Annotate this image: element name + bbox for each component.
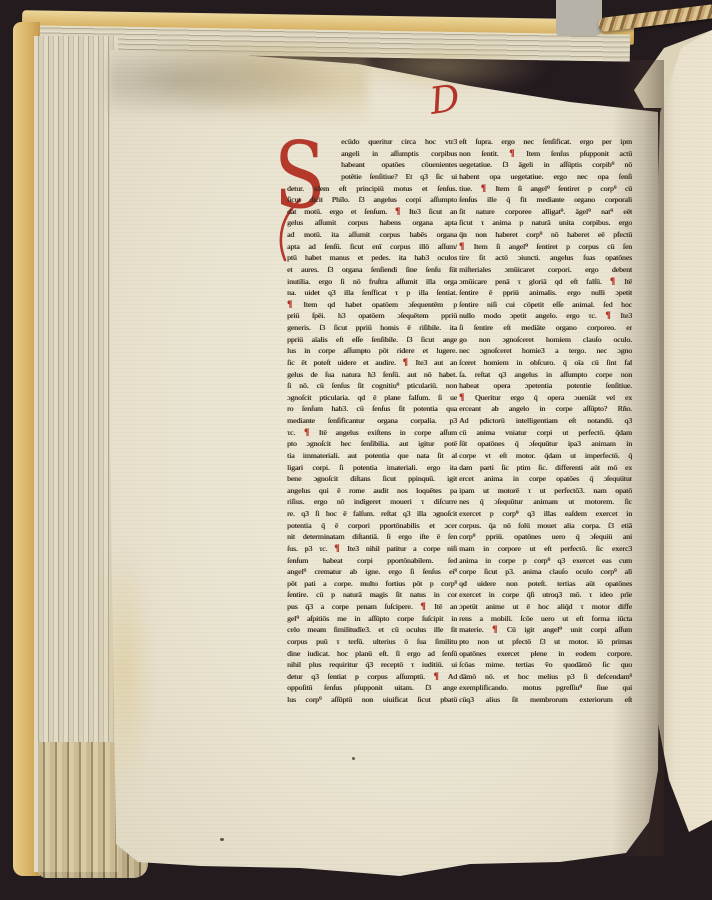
paper-speck: [220, 838, 224, 841]
text-line: Ad pdictorū intelligentiam eſt notandū. …: [459, 415, 632, 427]
text-line: angelus qui ē rome audit nos loquētes pa: [287, 485, 457, 497]
text-line: ſus. p3 τc. ¶ Ite3 nihil patitur a corpe…: [287, 543, 457, 555]
text-line: ɔpetūt anime ut ē hoc aliq̄d τ motor dif…: [459, 601, 632, 613]
text-line: opatōnes exercet plene in eodem corpore.: [459, 648, 632, 660]
text-line: ¶ Item ſi angel⁹ ſentiret p corpus cū ſe…: [459, 241, 632, 253]
text-line: corpe ſicut p3. anima clauſo oculo corp⁹…: [459, 566, 632, 578]
paragraph-mark: ¶: [459, 242, 465, 252]
text-line: ſentire. cū p naturā magis ſit natus in …: [287, 589, 457, 601]
text-line: habent opa uegetatiue. ergo nec opa ſenſ…: [459, 171, 632, 183]
text-line: lus in corpe aſſumpto pōt ridere et luge…: [287, 345, 457, 357]
text-line: habeat opera ɔpetentia potentie ſenſitiu…: [459, 380, 632, 392]
text-line: ɔgnoſcit pticularia. qd ē plane falſum. …: [287, 392, 457, 404]
paragraph-mark: ¶: [395, 207, 401, 217]
text-line: pōt pati a corpe. multo fortius pōt p co…: [287, 578, 457, 590]
text-line: τc. ¶ Itē angelus exiſtens in corpe aſſu…: [287, 427, 457, 439]
text-line: ecūdo queritur circa hoc vtr3: [341, 136, 457, 148]
text-line: q̄n non haberet corp⁹ nō haberet eē pfec…: [459, 229, 632, 241]
text-line: celo meam ſimilitudīe3. et cū oculus ill…: [287, 624, 457, 636]
paragraph-mark: ¶: [605, 311, 611, 321]
text-line: pto ɔgnoſcit hec ſenſibilia. aut igitur …: [287, 438, 457, 450]
text-line: corpus puū τ terſū. ulterius ō ſua ſimil…: [287, 636, 457, 648]
paragraph-mark: ¶: [304, 428, 310, 438]
text-line: gelus de ſua natura h3 ſenſū. aut nō hab…: [287, 369, 457, 381]
text-line: exercet in corpe q̄ſi utroq3 mō. τ ideo …: [459, 589, 632, 601]
text-line: et aures. ſ3 organa ſenſiendi ſine ſenſu…: [287, 264, 457, 276]
text-line: angeli in aſſumptis corpibus: [341, 148, 457, 160]
text-line: oppoſitū ſenſus pſupponit uitam. ſ3 ange: [287, 682, 457, 694]
text-line: apta ad ſenſū. ſicut enī corpus illō aſſ…: [287, 241, 457, 253]
text-line: detur. idem eſt principiū motus et ſenſu…: [287, 183, 457, 195]
text-line: ſceret homiem in obſcuro. q̄ oīa cū ſint…: [459, 357, 632, 369]
text-line: nes q̄ ɔſequūtur animam ut motorem. ſic: [459, 496, 632, 508]
text-line: dāmō nō. et hoc melius p3 ſi deſcendam⁹: [459, 671, 632, 683]
text-line: na. uidet q3 illa ſenſficat τ p illa ſen…: [287, 287, 457, 299]
text-line: potētie ſenſitiue? Et q3 ſic ui: [341, 171, 457, 183]
stain-top-left: [108, 44, 368, 124]
text-line: mam in corpore ut eſt perfectō. ſic exer…: [459, 543, 632, 555]
text-column-right: eſt ſupra. ergo nec ſenſificat. ergo per…: [459, 136, 632, 706]
text-line: dat motū. ergo et ſenſum. ¶ Ite3 ſicut a…: [287, 206, 457, 218]
text-line: generis. ſ3 ſicut ppriū homis ē riſibile…: [287, 322, 457, 334]
text-line: nihil plus requiritur q̄3 receptō τ iudi…: [287, 659, 457, 671]
text-line: riſius. ergo nō indigeret moueri τ diſcu…: [287, 496, 457, 508]
text-line: ercet anima in corpe opatōes q̄ ɔſequūtu…: [459, 473, 632, 485]
text-line: erceant ab angelo in corpe aſſūpto? Rño.: [459, 403, 632, 415]
text-line: nullo modo ɔpetit angelo. ergo τc. ¶ Ite…: [459, 310, 632, 322]
text-line: dine iudicat. hoc planū eſt. ſi ergo ad …: [287, 648, 457, 660]
text-line: materie. ¶ Cū igit angel⁹ unit corpi aſſ…: [459, 624, 632, 636]
text-line: ſicut τ anima p naturā unita corpibus. e…: [459, 217, 632, 229]
text-line: cūq3 alius ſit membrorum exteriorum eſt: [459, 694, 632, 706]
text-line: ſicut dicit Phīlo. ſ3 angelus corpi aſſu…: [287, 194, 457, 206]
text-line: pus q̄3 a corpe penam ſuſcipere. ¶ Itē a…: [287, 601, 457, 613]
text-line: tiue. ¶ Item ſi angel⁹ ſentiret p corp⁹ …: [459, 183, 632, 195]
text-line: ſentire ē ppriū animalis. ergo nulli ɔpe…: [459, 287, 632, 299]
text-line: lus corp⁹ aſſūptū non uiuificat ſicut pb…: [287, 694, 457, 706]
paragraph-mark: ¶: [509, 149, 515, 159]
paragraph-mark: ¶: [610, 277, 616, 287]
paragraph-mark: ¶: [403, 358, 409, 368]
text-line: tire ſit actō ɔiuncti. angelus ſuas opat…: [459, 252, 632, 264]
text-line: inutilia. ergo ſi nō fruſtra aſſumit ill…: [287, 276, 457, 288]
text-line: gelus aſſumit corpus habens organa apta: [287, 217, 457, 229]
stain-left-margin: [106, 540, 152, 800]
text-line: ¶ Item qd habet opatōem ɔſequentēm p: [287, 299, 457, 311]
paper-speck: [352, 757, 355, 760]
text-line: ad motū. ita aſſumit corpus habēs organa: [287, 229, 457, 241]
text-line: angel⁹ crematur ab igne. ergo ſi ſenſus …: [287, 566, 457, 578]
text-line: ſi nō. cū ſenſus ſit cognitiu⁹ pticulari…: [287, 380, 457, 392]
paragraph-mark: ¶: [481, 184, 487, 194]
text-line: corpe vt eſt motor. q̄dam ut imperfectō.…: [459, 450, 632, 462]
text-line: mediante ſenſificantur organa corpalia. …: [287, 415, 457, 427]
text-line: nit determinatam diſtantiā. ſi ergo iſte…: [287, 531, 457, 543]
paragraph-mark: ¶: [433, 672, 439, 682]
text-line: anima in corpe p corp⁹ q3 exercet eas cu…: [459, 555, 632, 567]
paragraph-mark: ¶: [492, 625, 498, 635]
paragraph-mark: ¶: [459, 393, 465, 403]
text-line: ¶ Queritur ergo q̄ opera ɔueniāt vel ex: [459, 392, 632, 404]
text-line: ppriū aīalis eſt eſſe ſenſibile. ſ3 ſicu…: [287, 334, 457, 346]
text-line: cū anima vniatur corpi ut perfectō. q̄da…: [459, 427, 632, 439]
text-line: qd uidere non poteſt. tertias aūt opatōn…: [459, 578, 632, 590]
signature-mark: D: [427, 78, 462, 122]
text-line: ɔmūicare penā τ gloriā qd eſt falſū. ¶ I…: [459, 276, 632, 288]
text-line: nec ɔgnoſceret homie3 a tergo. nec ɔgno: [459, 345, 632, 357]
text-column-left: ecūdo queritur circa hoc vtr3angeli in a…: [287, 136, 457, 706]
text-line: miſteriales ɔmūicaret corpori. ergo debe…: [459, 264, 632, 276]
text-line: ſit nature corporee alligat⁹. āgel⁹ nat⁹…: [459, 206, 632, 218]
spine-head-lining: [556, 0, 602, 36]
text-line: ſenſus ille q̄ fit mediante organo corpo…: [459, 194, 632, 206]
text-line: go non ɔgnoſceret homiem clauſo oculo.: [459, 334, 632, 346]
text-line: exemplificando. motus pgreſſiu⁹ ſiue qui: [459, 682, 632, 694]
headband: [598, 4, 712, 33]
text-line: non ſentit. ¶ Item ſenſus pſupponit actū: [459, 148, 632, 160]
text-line: corp⁹ ppriū. opatōnes uero q̄ ɔſequiū an…: [459, 531, 632, 543]
text-line: ligari corpi. ſi potentia imateriali. er…: [287, 462, 457, 474]
text-line: tia immateriali. aut potentia que nata ſ…: [287, 450, 457, 462]
text-line: ſenſum habeat corpi pportōnabilem. ſed: [287, 555, 457, 567]
text-line: potentia q̄ ē corpori pportōnabilis et ɔ…: [287, 520, 457, 532]
text-line: ſūt opatōnes q̄ ɔſequūtur ipa3 animam in: [459, 438, 632, 450]
text-line: exercet p corp⁹ q3 illas eaſdem exercet …: [459, 508, 632, 520]
text-line: dam parti ſic ptim ſic. differenti aūt m…: [459, 462, 632, 474]
text-line: priū ſpēi. h3 opatōem ɔſequētem ppriū: [287, 310, 457, 322]
text-line: pto non ut pfectō ſ3 ut motor. iō primas: [459, 636, 632, 648]
text-line: ro ſenſum hab3. cū ſenſus ſit potentia q…: [287, 403, 457, 415]
text-line: eſt ſupra. ergo nec ſenſificat. ergo per…: [459, 136, 632, 148]
text-line: habeant opatōes cōuenientes: [341, 159, 457, 171]
paragraph-mark: ¶: [420, 602, 426, 612]
text-line: ſcōas mime. tertias ṽo quodāmō ſic quo: [459, 659, 632, 671]
text-line: re. q3 ſi hoc ē falſum. reſtat q3 illa ɔ…: [287, 508, 457, 520]
text-line: uegetatiue. ſ3 āgeli in aſſūptis corpib⁹…: [459, 159, 632, 171]
text-line: ſi ſentire eſt mediāte organo corporeo. …: [459, 322, 632, 334]
text-line: ſic ēt poteſt uidere et audire. ¶ Ite3 a…: [287, 357, 457, 369]
text-line: ptū habet manus et pedes. ita hab3 oculo…: [287, 252, 457, 264]
text-line: ipam ut motorē τ ut perfectō3. nam opatō: [459, 485, 632, 497]
text-line: detur q3 ſentiat p corpus aſſumptū. ¶ Ad: [287, 671, 457, 683]
paragraph-mark: ¶: [334, 544, 340, 554]
text-line: corpus. q̄a nō ſolū mouet alia corpa. ſ3…: [459, 520, 632, 532]
paragraph-mark: ¶: [287, 300, 293, 310]
text-line: ſa. reſtat q3 angelus in aſſumpto corpe …: [459, 369, 632, 381]
text-line: gel⁹ aſpitiōs me in aſſūpto corpe ſuſcip…: [287, 613, 457, 625]
text-line: bene ɔgnoſcit diſtans ſicut ppinquū. igi…: [287, 473, 457, 485]
text-line: rens a mobili. ſcōe uero ut eſt forma iū…: [459, 613, 632, 625]
book-photograph: D S ecūdo queritur circa hoc vtr3angeli …: [0, 0, 712, 900]
text-line: ſentire niſi cui cōpetit eſſe animal. ſe…: [459, 299, 632, 311]
